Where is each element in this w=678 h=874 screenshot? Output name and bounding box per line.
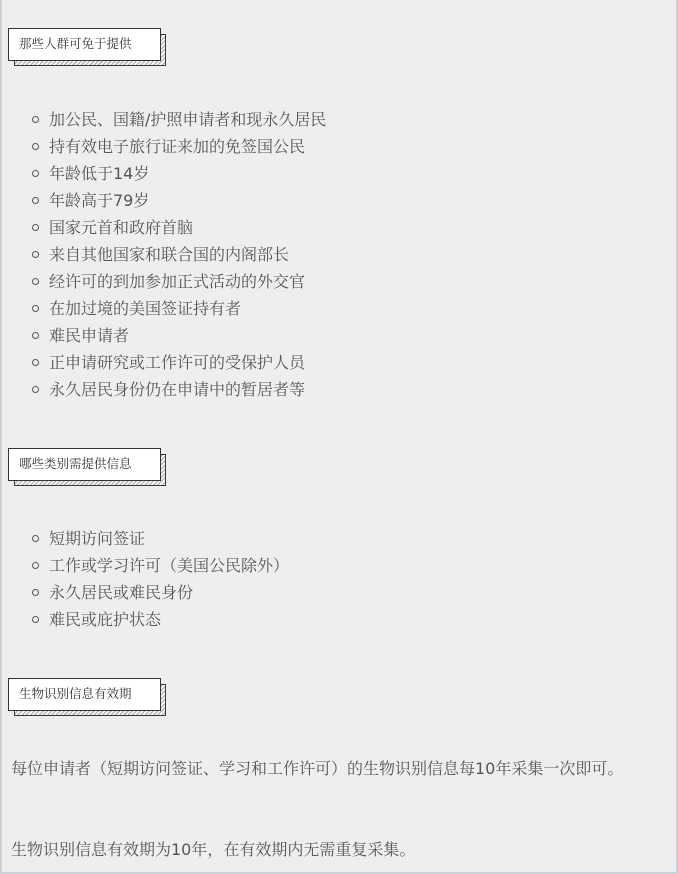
section-header-exempt: 那些人群可免于提供 — [8, 28, 161, 60]
section-header-validity: 生物识别信息有效期 — [8, 678, 161, 710]
bullet-circle-icon — [32, 116, 39, 123]
list-item: 年龄低于14岁 — [2, 160, 326, 187]
list-item: 在加过境的美国签证持有者 — [2, 295, 326, 322]
bullet-circle-icon — [32, 616, 39, 623]
list-item: 正申请研究或工作许可的受保护人员 — [2, 349, 326, 376]
exempt-list: 加公民、国籍/护照申请者和现永久居民 持有效电子旅行证来加的免签国公民 年龄低于… — [2, 106, 326, 403]
list-item: 永久居民或难民身份 — [2, 579, 289, 606]
list-item: 短期访问签证 — [2, 525, 289, 552]
bullet-circle-icon — [32, 332, 39, 339]
bullet-circle-icon — [32, 562, 39, 569]
bullet-circle-icon — [32, 535, 39, 542]
list-item: 永久居民身份仍在申请中的暂居者等 — [2, 376, 326, 403]
bullet-circle-icon — [32, 278, 39, 285]
list-item: 难民申请者 — [2, 322, 326, 349]
bullet-circle-icon — [32, 359, 39, 366]
bullet-circle-icon — [32, 589, 39, 596]
list-item: 国家元首和政府首脑 — [2, 214, 326, 241]
bullet-circle-icon — [32, 386, 39, 393]
list-item: 难民或庇护状态 — [2, 606, 289, 633]
bullet-circle-icon — [32, 197, 39, 204]
validity-paragraph-2: 生物识别信息有效期为10年，在有效期内无需重复采集。 — [11, 837, 671, 863]
list-item: 工作或学习许可（美国公民除外） — [2, 552, 289, 579]
section-title: 哪些类别需提供信息 — [8, 448, 161, 481]
article-page: 那些人群可免于提供 加公民、国籍/护照申请者和现永久居民 持有效电子旅行证来加的… — [2, 0, 676, 872]
bullet-circle-icon — [32, 143, 39, 150]
list-item: 经许可的到加参加正式活动的外交官 — [2, 268, 326, 295]
bullet-circle-icon — [32, 170, 39, 177]
bullet-circle-icon — [32, 305, 39, 312]
section-title: 那些人群可免于提供 — [8, 28, 161, 61]
section-header-required: 哪些类别需提供信息 — [8, 448, 161, 480]
bullet-circle-icon — [32, 251, 39, 258]
section-title: 生物识别信息有效期 — [8, 678, 161, 711]
list-item: 加公民、国籍/护照申请者和现永久居民 — [2, 106, 326, 133]
validity-paragraph-1: 每位申请者（短期访问签证、学习和工作许可）的生物识别信息每10年采集一次即可。 — [11, 756, 671, 782]
bullet-circle-icon — [32, 224, 39, 231]
list-item: 年龄高于79岁 — [2, 187, 326, 214]
list-item: 来自其他国家和联合国的内阁部长 — [2, 241, 326, 268]
required-list: 短期访问签证 工作或学习许可（美国公民除外） 永久居民或难民身份 难民或庇护状态 — [2, 525, 289, 633]
list-item: 持有效电子旅行证来加的免签国公民 — [2, 133, 326, 160]
